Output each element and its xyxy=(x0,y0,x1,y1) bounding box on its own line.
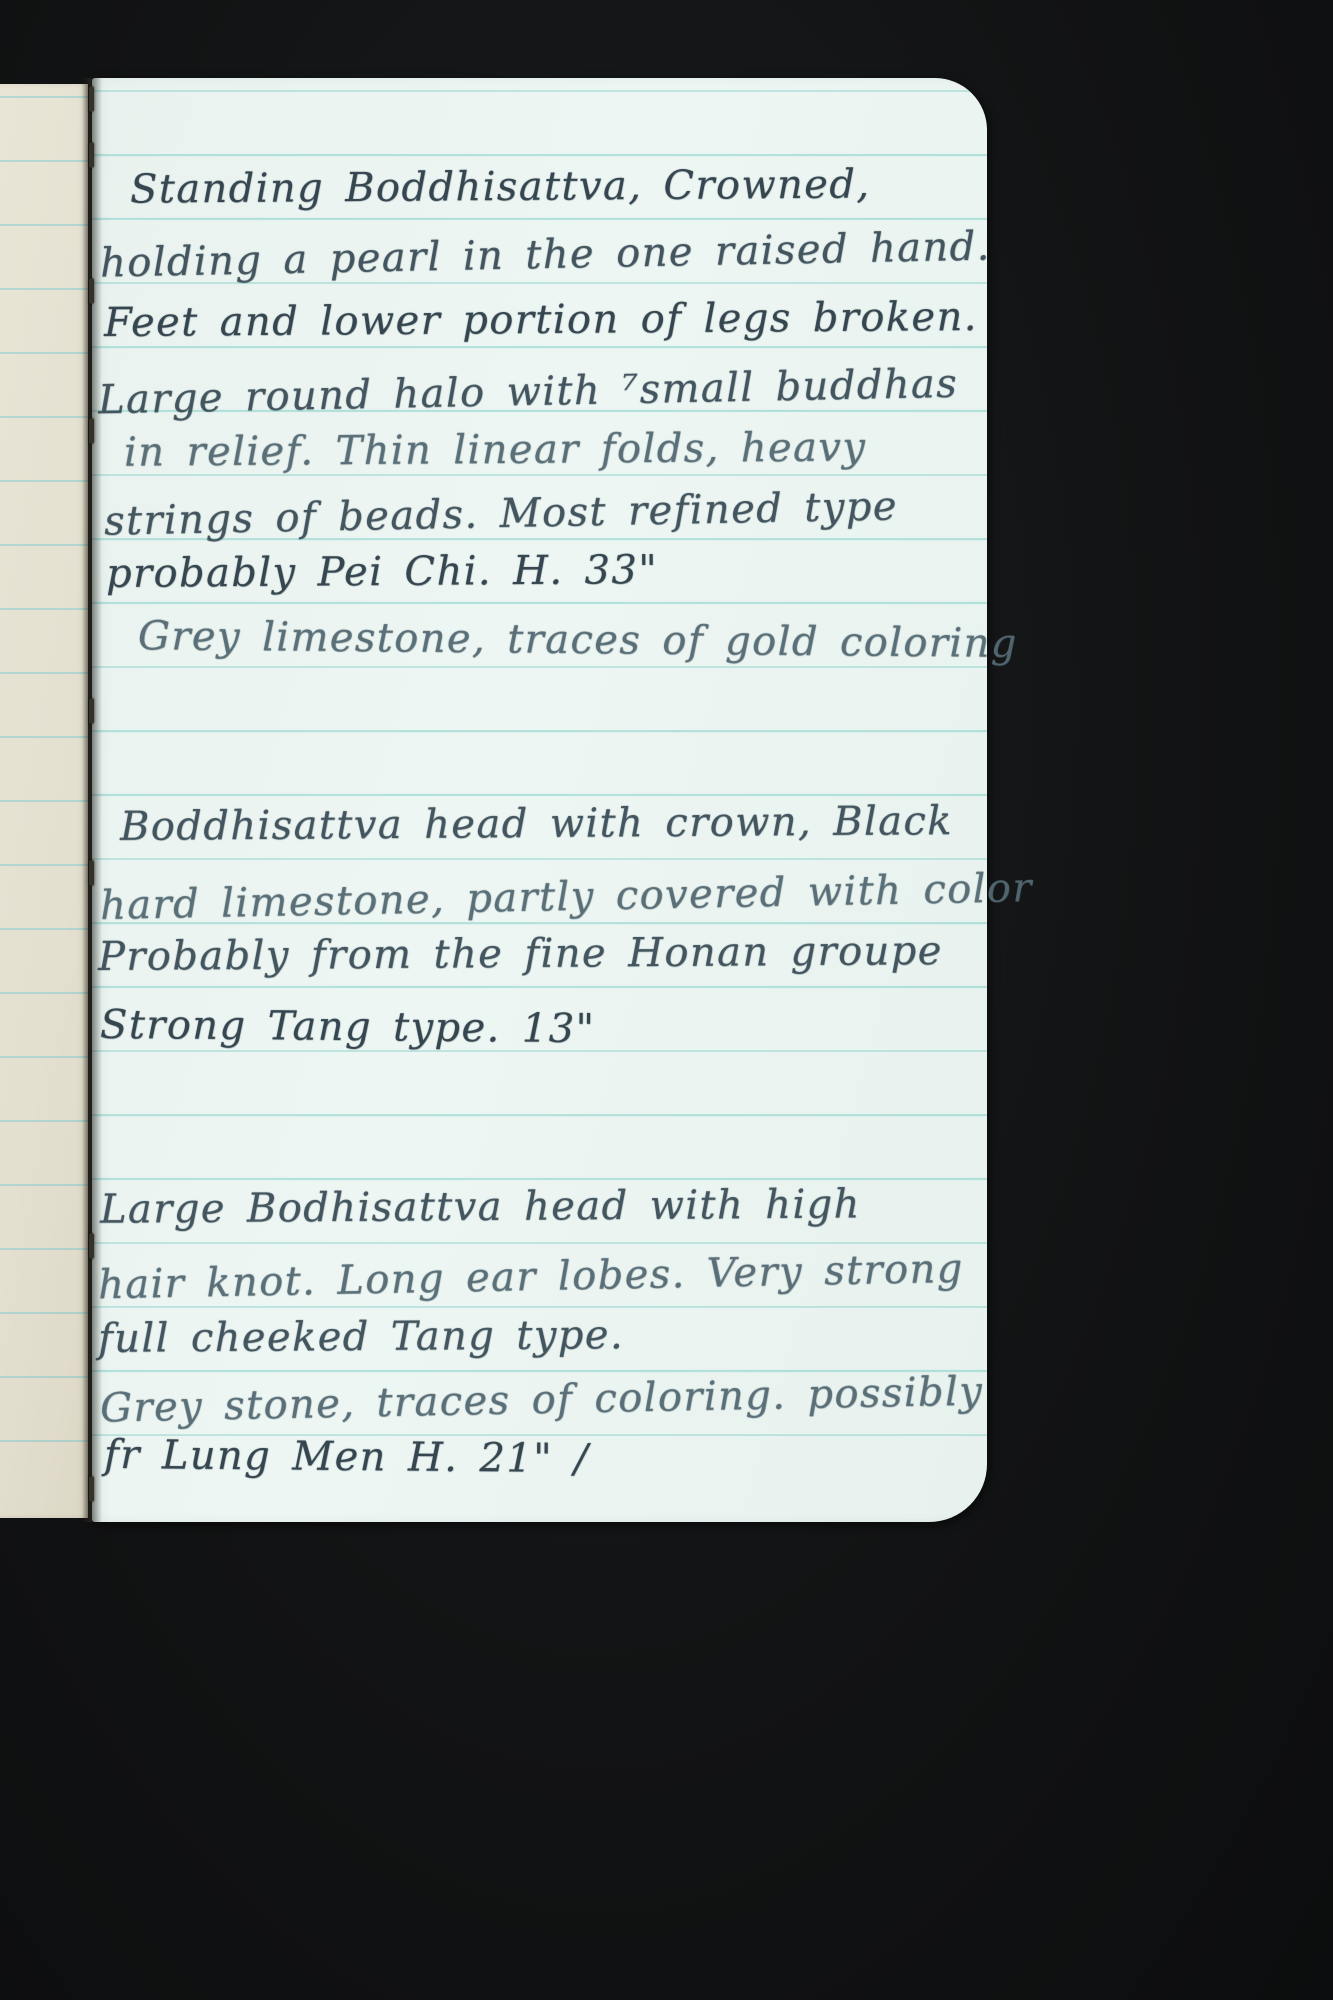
handwritten-line: Strong Tang type. 13" xyxy=(100,996,596,1058)
handwritten-line: full cheeked Tang type. xyxy=(98,1306,624,1368)
handwritten-line: Grey limestone, traces of gold coloring xyxy=(138,607,1018,673)
stitch-mark-icon xyxy=(89,418,94,444)
handwritten-line: Boddhisattva head with crown, Black xyxy=(120,792,953,856)
stitch-mark-icon xyxy=(89,278,94,304)
binding-seam xyxy=(82,78,102,1522)
stitch-mark-icon xyxy=(89,1233,94,1259)
stitch-mark-icon xyxy=(89,142,94,168)
handwritten-line: Feet and lower portion of legs broken. xyxy=(104,288,978,352)
handwritten-line: strings of beads. Most refined type xyxy=(104,477,899,550)
handwritten-line: holding a pearl in the one raised hand. xyxy=(100,217,992,292)
stitch-mark-icon xyxy=(89,86,94,112)
stitch-mark-icon xyxy=(89,1476,94,1502)
handwritten-line: hair knot. Long ear lobes. Very strong xyxy=(98,1240,965,1315)
notebook-page: Standing Boddhisattva, Crowned, holding … xyxy=(92,78,987,1522)
handwritten-line: probably Pei Chi. H. 33" xyxy=(106,541,658,603)
previous-page-edge xyxy=(0,84,88,1518)
handwritten-line: Probably from the fine Honan groupe xyxy=(98,922,943,986)
handwritten-line: fr Lung Men H. 21" / xyxy=(104,1426,589,1488)
handwritten-line: in relief. Thin linear folds, heavy xyxy=(124,418,867,481)
stitch-mark-icon xyxy=(89,860,94,886)
handwritten-line: Large Bodhisattva head with high xyxy=(100,1175,861,1238)
stitch-mark-icon xyxy=(89,698,94,724)
handwritten-line: Standing Boddhisattva, Crowned, xyxy=(130,155,871,218)
